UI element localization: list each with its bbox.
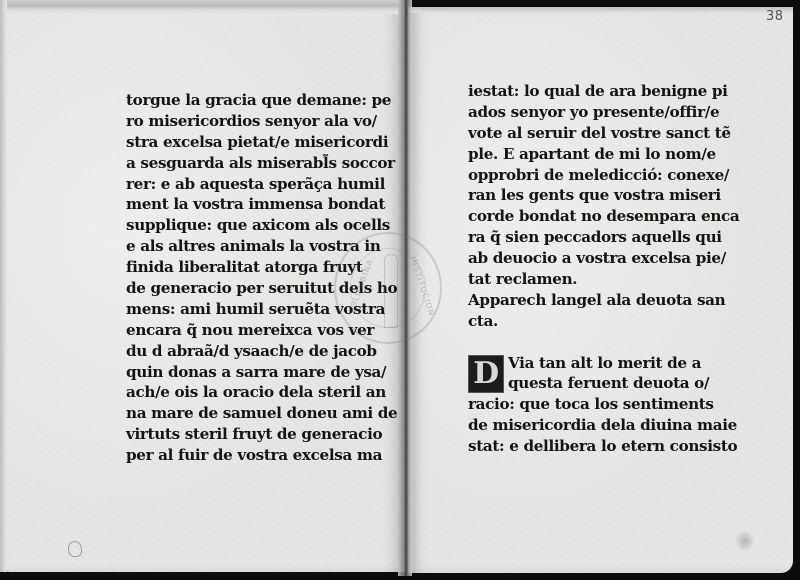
right-page-text: iestat: lo qual de ara benigne pi ados s… — [468, 81, 739, 457]
text-line: de misericordia dela diuina maie — [468, 415, 739, 436]
text-line: quin donas a sarra mare de ysa/ — [126, 362, 397, 383]
text-line: torgue la gracia que demane: pe — [126, 90, 397, 111]
text-line: vote al seruir del vostre sanct tẽ — [468, 123, 739, 144]
text-line: corde bondat no desempara enca — [468, 206, 739, 227]
text-line: ra q̃ sien peccadors aquells qui — [468, 227, 739, 248]
text-line: a sesguarda als miserabl̃s soccor — [126, 153, 397, 174]
decorated-paragraph-start: D Via tan alt lo merit de a questa ferue… — [468, 353, 739, 395]
text-line: racio: que toca los sentiments — [468, 394, 739, 415]
text-line: ados senyor yo presente/offir/e — [468, 102, 739, 123]
text-line: ab deuocio a vostra excelsa pie/ — [468, 248, 739, 269]
text-line: Via tan alt lo merit de a — [468, 353, 739, 374]
smudge — [735, 530, 755, 552]
text-line: rer: e ab aquesta sperãça humil — [126, 174, 397, 195]
text-line: questa feruent deuota o/ — [468, 373, 739, 394]
left-page-side-edge — [0, 0, 7, 572]
text-line: tat reclamen. — [468, 269, 739, 290]
text-line: stat: e dellibera lo etern consisto — [468, 436, 739, 457]
text-line: ach/e ois la oracio dela steril an — [126, 382, 397, 403]
folio-number: 38 — [766, 9, 784, 24]
spacer — [468, 332, 739, 353]
text-line: ple. E apartant de mi lo nom/e — [468, 144, 739, 165]
text-line: stra excelsa pietat/e misericordi — [126, 132, 397, 153]
text-line: du d abraã/d ysaach/e de jacob — [126, 341, 397, 362]
left-page-top-edge — [0, 0, 405, 14]
text-line: per al fuir de vostra excelsa ma — [126, 445, 397, 466]
text-line: cta. — [468, 311, 739, 332]
text-line: ro misericordios senyor ala vo/ — [126, 111, 397, 132]
text-line: opprobri de meledicció: conexe/ — [468, 165, 739, 186]
right-page-top-edge — [408, 7, 793, 13]
ink-mark — [68, 541, 82, 557]
stamp-tower-icon — [384, 254, 398, 328]
library-stamp: COLOMBINA INSTITUCION — [334, 232, 442, 344]
text-line: Apparech langel ala deuota san — [468, 290, 739, 311]
decorated-initial: D — [468, 355, 504, 393]
book-spread: torgue la gracia que demane: pe ro miser… — [0, 0, 800, 580]
text-line: ment la vostra immensa bondat — [126, 194, 397, 215]
text-line: virtuts steril fruyt de generacio — [126, 424, 397, 445]
text-line: ran les gents que vostra miseri — [468, 185, 739, 206]
text-line: supplique: que axicom als ocells — [126, 215, 397, 236]
text-line: na mare de samuel doneu ami de — [126, 403, 397, 424]
text-line: iestat: lo qual de ara benigne pi — [468, 81, 739, 102]
